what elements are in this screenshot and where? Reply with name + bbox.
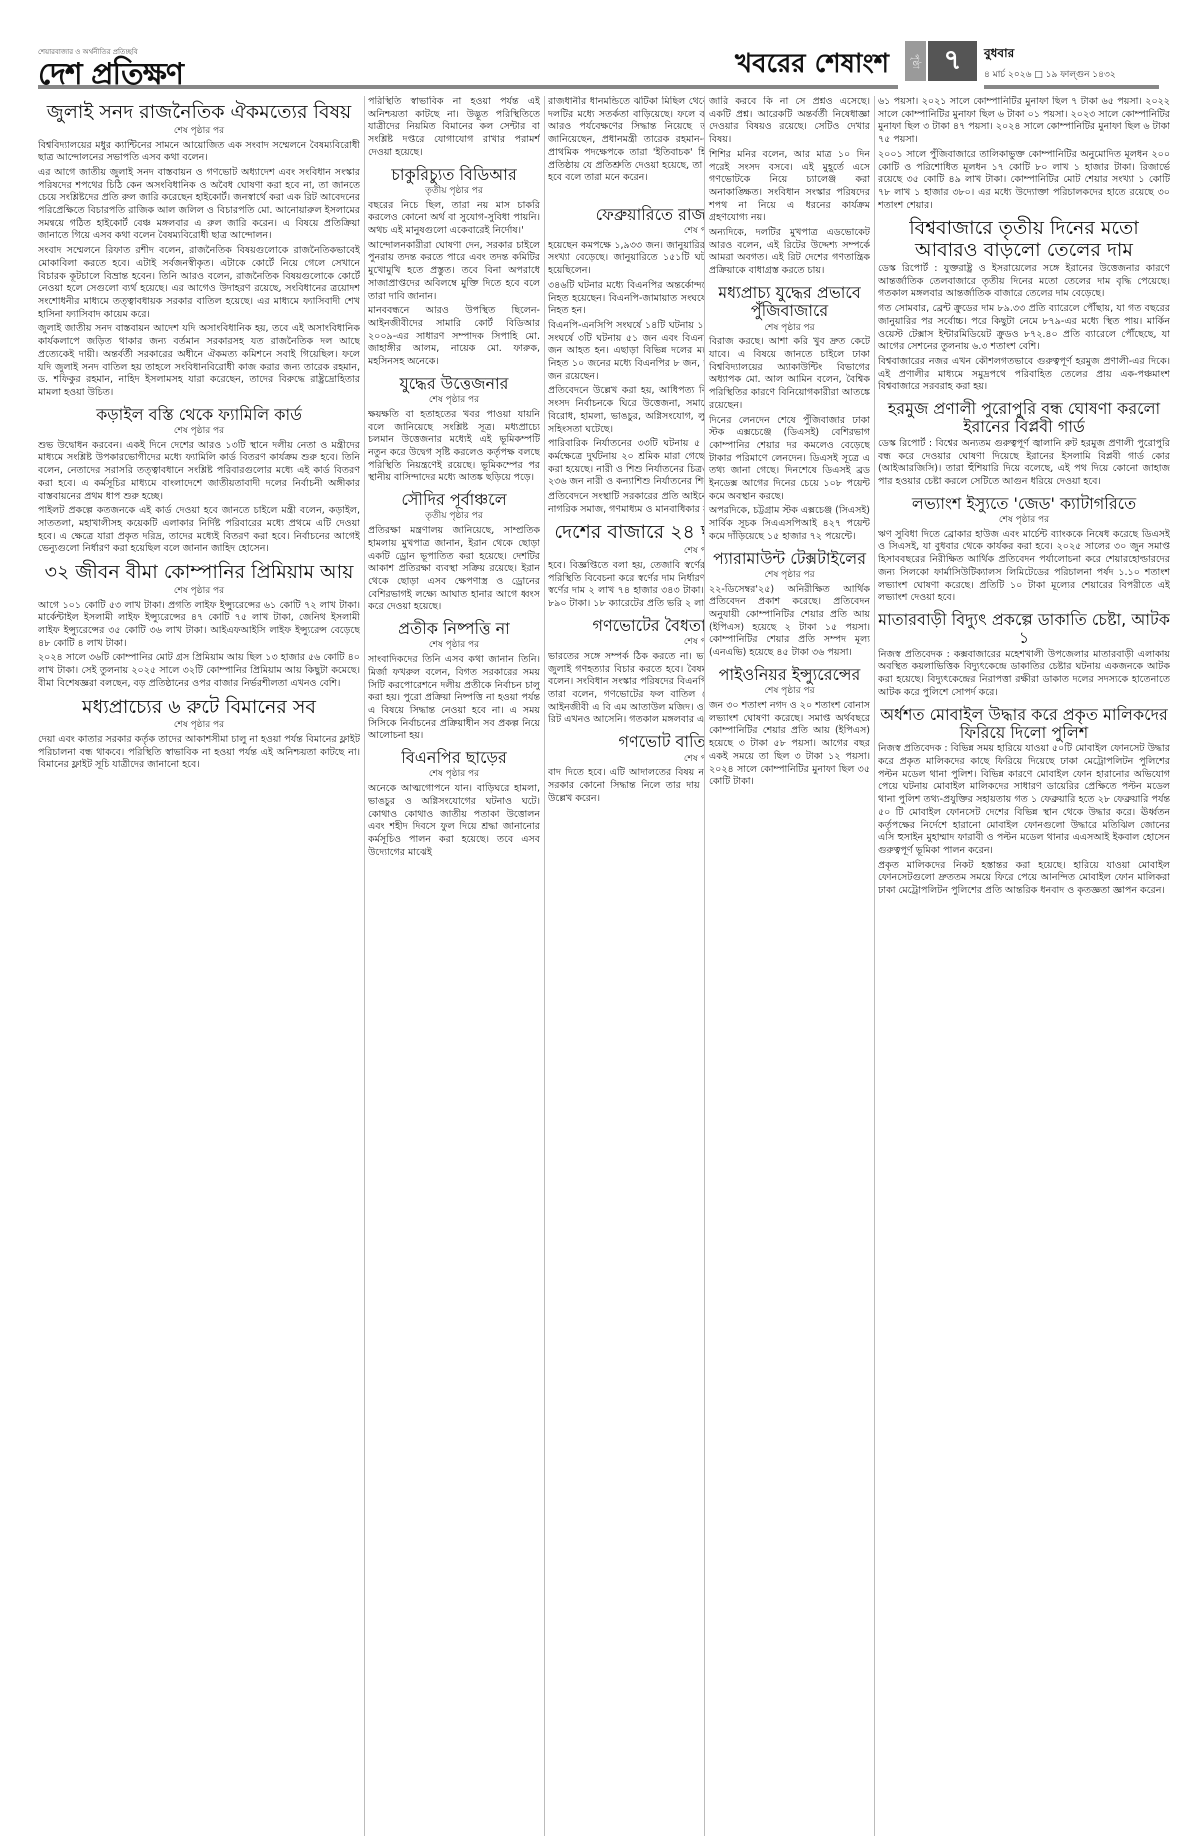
headline[interactable]: লভ্যাংশ ইস্যুতে 'জেড' ক্যাটাগরিতে: [878, 495, 1170, 513]
continuation-note: শেষ পৃষ্ঠার পর: [38, 425, 360, 438]
continuation-note: শেষ পৃষ্ঠার পর: [709, 569, 870, 582]
continuation-note: তৃতীয় পৃষ্ঠার পর: [368, 185, 540, 198]
paragraph: অন্যদিকে, দলটির মুখপাত্র এডভোকেট আরও বলে…: [709, 227, 870, 278]
continuation-note: শেষ পৃষ্ঠার পর: [38, 585, 360, 598]
article-matarbari-robbery: মাতারবাড়ী বিদ্যুৎ প্রকল্পে ডাকাতি চেষ্ট…: [878, 611, 1170, 700]
paragraph: জুলাই জাতীয় সনদ বাস্তবায়ন আদেশ যদি অসা…: [38, 323, 360, 399]
paragraph: দেয়া এবং কাতার সরকার কর্তৃক তাদের আকাশস…: [38, 734, 360, 772]
paragraph: বিশ্ববাজারের নজর এখন কৌশলগতভাবে গুরুত্বপ…: [878, 356, 1170, 394]
article-dismissed-bdr: চাকুরিচ্যুত বিডিআর তৃতীয় পৃষ্ঠার পর বছর…: [368, 166, 540, 369]
column-5: ৬১ পয়সা। ২০২১ সালে কোম্পানিটির মুনাফা ছ…: [878, 96, 1170, 1836]
continuation-note: তৃতীয় পৃষ্ঠার পর: [368, 510, 540, 523]
paragraph: নিজস্ব প্রতিবেদক : কক্সবাজারের মহেশখালী …: [878, 649, 1170, 700]
headline[interactable]: বিএনপির ছাড়ের: [368, 749, 540, 767]
header-divider: [38, 85, 898, 89]
section-title: খবরের শেষাংশ: [735, 43, 889, 87]
article-paramount-textile: প্যারামাউন্ট টেক্সটাইলের শেষ পৃষ্ঠার পর …: [709, 550, 870, 660]
headline[interactable]: মধ্যপ্রাচ্য যুদ্ধের প্রভাবে পুঁজিবাজারে: [709, 284, 870, 321]
continuation-note: শেষ পৃষ্ঠার পর: [709, 685, 870, 698]
article-july-charter: জুলাই সনদ রাজনৈতিক ঐকমত্যের বিষয় শেষ পৃ…: [38, 102, 360, 400]
column-divider: [364, 96, 365, 1836]
continuation-note: শেষ পৃষ্ঠার পর: [368, 768, 540, 781]
paragraph: মানববন্ধনে আরও উপস্থিত ছিলেন- আইনজীবীদের…: [368, 305, 540, 369]
headline[interactable]: অর্ধশত মোবাইল উদ্ধার করে প্রকৃত মালিকদের…: [878, 706, 1170, 743]
column-divider: [544, 96, 545, 1836]
headline[interactable]: ৩২ জীবন বীমা কোম্পানির প্রিমিয়াম আয়: [38, 562, 360, 584]
article-symbol-settlement: প্রতীক নিষ্পত্তি না শেষ পৃষ্ঠার পর সাংবা…: [368, 620, 540, 743]
column-divider: [874, 96, 875, 1836]
article-saudi-east: সৌদির পূর্বাঞ্চলে তৃতীয় পৃষ্ঠার পর প্রত…: [368, 491, 540, 614]
paragraph: ডেস্ক রিপোর্ট : যুক্তরাষ্ট্র ও ইসরায়েলে…: [878, 263, 1170, 301]
paragraph: ২২-ডিসেম্বর'২৫) অনিরীক্ষিত আর্থিক প্রতিব…: [709, 584, 870, 660]
paragraph: ডেস্ক রিপোর্ট : বিশ্বের অন্যতম গুরুত্বপূ…: [878, 438, 1170, 489]
article-oil-price: বিশ্ববাজারে তৃতীয় দিনের মতো আবারও বাড়ল…: [878, 218, 1170, 394]
continuation-note: শেষ পৃষ্ঠার পর: [368, 639, 540, 652]
paragraph: নিজস্ব প্রতিবেদক : বিভিন্ন সময় হারিয়ে …: [878, 743, 1170, 857]
paragraph: ৬১ পয়সা। ২০২১ সালে কোম্পানিটির মুনাফা ছ…: [878, 96, 1170, 147]
paragraph: এর আগে জাতীয় জুলাই সনদ বাস্তবায়ন ও গণভ…: [38, 167, 360, 243]
headline[interactable]: যুদ্ধের উত্তেজনার: [368, 375, 540, 393]
paragraph: আন্দোলনকারীরা ঘোষণা দেন, সরকার চাইলে পুন…: [368, 240, 540, 304]
page-number: ৭: [928, 41, 977, 81]
article-referendum-writ-cont: জারি করবে কি না সে প্রশ্নও এসেছে। একটি প…: [709, 96, 870, 278]
headline[interactable]: মধ্যপ্রাচ্যের ৬ রুটে বিমানের সব: [38, 697, 360, 719]
headline[interactable]: প্যারামাউন্ট টেক্সটাইলের: [709, 550, 870, 568]
continuation-note: শেষ পৃষ্ঠার পর: [38, 719, 360, 732]
paragraph: বিরাজ করছে। আশা করি খুব দ্রুত কেটে যাবে।…: [709, 336, 870, 412]
article-mobile-recovery: অর্ধশত মোবাইল উদ্ধার করে প্রকৃত মালিকদের…: [878, 706, 1170, 898]
weekday: বুধবার: [984, 45, 1116, 65]
paragraph: বছরের নিচে ছিল, তারা নয় মাস চাকরি করলেও…: [368, 200, 540, 238]
paragraph: দিনের লেনদেন শেষে পুঁজিবাজার ঢাকা স্টক এ…: [709, 415, 870, 504]
headline[interactable]: হরমুজ প্রণালী পুরোপুরি বন্ধ ঘোষণা করলো ই…: [878, 400, 1170, 437]
continuation-note: শেষ পৃষ্ঠার পর: [368, 394, 540, 407]
headline[interactable]: চাকুরিচ্যুত বিডিআর: [368, 166, 540, 184]
headline[interactable]: প্রতীক নিষ্পত্তি না: [368, 620, 540, 638]
paragraph: পরিস্থিতি স্বাভাবিক না হওয়া পর্যন্ত এই …: [368, 96, 540, 160]
paragraph: পাইলট প্রকল্পে কতজনকে এই কার্ড দেওয়া হব…: [38, 505, 360, 556]
page-label: পৃষ্ঠা: [905, 41, 926, 81]
paragraph: ক্ষয়ক্ষতি বা হতাহতের খবর পাওয়া যায়নি …: [368, 409, 540, 485]
paragraph: জারি করবে কি না সে প্রশ্নও এসেছে। একটি প…: [709, 96, 870, 147]
article-z-category: লভ্যাংশ ইস্যুতে 'জেড' ক্যাটাগরিতে শেষ পৃ…: [878, 495, 1170, 605]
headline[interactable]: সৌদির পূর্বাঞ্চলে: [368, 491, 540, 509]
column-4: জারি করবে কি না সে প্রশ্নও এসেছে। একটি প…: [704, 96, 870, 1836]
article-pioneer-insurance: পাইওনিয়র ইন্স্যুরেন্সের শেষ পৃষ্ঠার পর …: [709, 666, 870, 789]
headline[interactable]: জুলাই সনদ রাজনৈতিক ঐকমত্যের বিষয়: [38, 102, 360, 124]
paragraph: জন ৩০ শতাংশ নগদ ও ২০ শতাংশ বোনাস লভ্যাংশ…: [709, 700, 870, 789]
paragraph: ২০০১ সালে পুঁজিবাজারে তালিকাভুক্ত কোম্পা…: [878, 149, 1170, 213]
paragraph: শিশির মনির বলেন, আর মাত্র ১০ দিন পরেই সং…: [709, 149, 870, 225]
continuation-note: শেষ পৃষ্ঠার পর: [38, 125, 360, 138]
headline[interactable]: মাতারবাড়ী বিদ্যুৎ প্রকল্পে ডাকাতি চেষ্ট…: [878, 611, 1170, 648]
paragraph: সংবাদ সম্মেলনে রিফাত রশীদ বলেন, রাজনৈতিক…: [38, 245, 360, 321]
headline[interactable]: বিশ্ববাজারে তৃতীয় দিনের মতো আবারও বাড়ল…: [878, 218, 1170, 262]
masthead: শেয়ারবাজার ও অর্থনীতির প্রতিচ্ছবি দেশ প…: [0, 0, 1200, 90]
column-1: জুলাই সনদ রাজনৈতিক ঐকমত্যের বিষয় শেষ পৃ…: [38, 96, 360, 1836]
continuation-note: শেষ পৃষ্ঠার পর: [709, 322, 870, 335]
column-2: পরিস্থিতি স্বাভাবিক না হওয়া পর্যন্ত এই …: [368, 96, 540, 1836]
paragraph: অনেকে আত্মগোপনে যান। বাড়িঘরে হামলা, ভাঙ…: [368, 783, 540, 859]
headline[interactable]: কড়াইল বস্তি থেকে ফ্যামিলি কার্ড: [38, 406, 360, 424]
paragraph: আগে ১০১ কোটি ৫৩ লাখ টাকা। প্রগতি লাইফ ইন…: [38, 600, 360, 651]
paragraph: গত সোমবার, ব্রেন্ট ক্রুডের দাম ৮৯.৩৩ প্র…: [878, 303, 1170, 354]
article-life-insurance: ৩২ জীবন বীমা কোম্পানির প্রিমিয়াম আয় শে…: [38, 562, 360, 690]
paragraph: অপরদিকে, চট্টগ্রাম স্টক এক্সচেঞ্জ (সিএসই…: [709, 505, 870, 543]
article-stock-market: মধ্যপ্রাচ্য যুদ্ধের প্রভাবে পুঁজিবাজারে …: [709, 284, 870, 544]
paragraph: প্রতিরক্ষা মন্ত্রণালয় জানিয়েছে, সাম্প্…: [368, 525, 540, 614]
continuation-note: শেষ পৃষ্ঠার পর: [878, 514, 1170, 527]
paragraph: বিশ্ববিদ্যালয়ের মধুর ক্যান্টিনের সামনে …: [38, 140, 360, 165]
paragraph: ঋণ সুবিধা দিতে ব্রোকার হাউজ এবং মার্চেন্…: [878, 529, 1170, 605]
paragraph: সাংবাদিকদের তিনি এসব কথা জানান তিনি। মির…: [368, 654, 540, 743]
article-family-card: কড়াইল বস্তি থেকে ফ্যামিলি কার্ড শেষ পৃষ…: [38, 406, 360, 556]
paragraph: শুভ উদ্বোধন করবেন। একই দিনে দেশের আরও ১৩…: [38, 440, 360, 504]
header-divider-right: [984, 85, 1159, 89]
article-hormuz-closure: হরমুজ প্রণালী পুরোপুরি বন্ধ ঘোষণা করলো ই…: [878, 400, 1170, 489]
headline[interactable]: পাইওনিয়র ইন্স্যুরেন্সের: [709, 666, 870, 684]
paragraph: প্রকৃত মালিকদের নিকট হস্তান্তর করা হয়েছ…: [878, 860, 1170, 898]
date-block: বুধবার ৪ মার্চ ২০২৬ □ ১৯ ফাল্গুন ১৪৩২: [984, 45, 1116, 82]
article-company-profit-cont: ৬১ পয়সা। ২০২১ সালে কোম্পানিটির মুনাফা ছ…: [878, 96, 1170, 212]
paragraph: ২০২৪ সালে ৩৬টি কোম্পানির মোট গ্রস প্রিমি…: [38, 652, 360, 690]
article-war-tension: যুদ্ধের উত্তেজনার শেষ পৃষ্ঠার পর ক্ষয়ক্…: [368, 375, 540, 485]
issue-date: ৪ মার্চ ২০২৬ □ ১৯ ফাল্গুন ১৪৩২: [984, 67, 1116, 82]
article-biman-routes: মধ্যপ্রাচ্যের ৬ রুটে বিমানের সব শেষ পৃষ্…: [38, 697, 360, 773]
article-bnp-concession: বিএনপির ছাড়ের শেষ পৃষ্ঠার পর অনেকে আত্ম…: [368, 749, 540, 859]
